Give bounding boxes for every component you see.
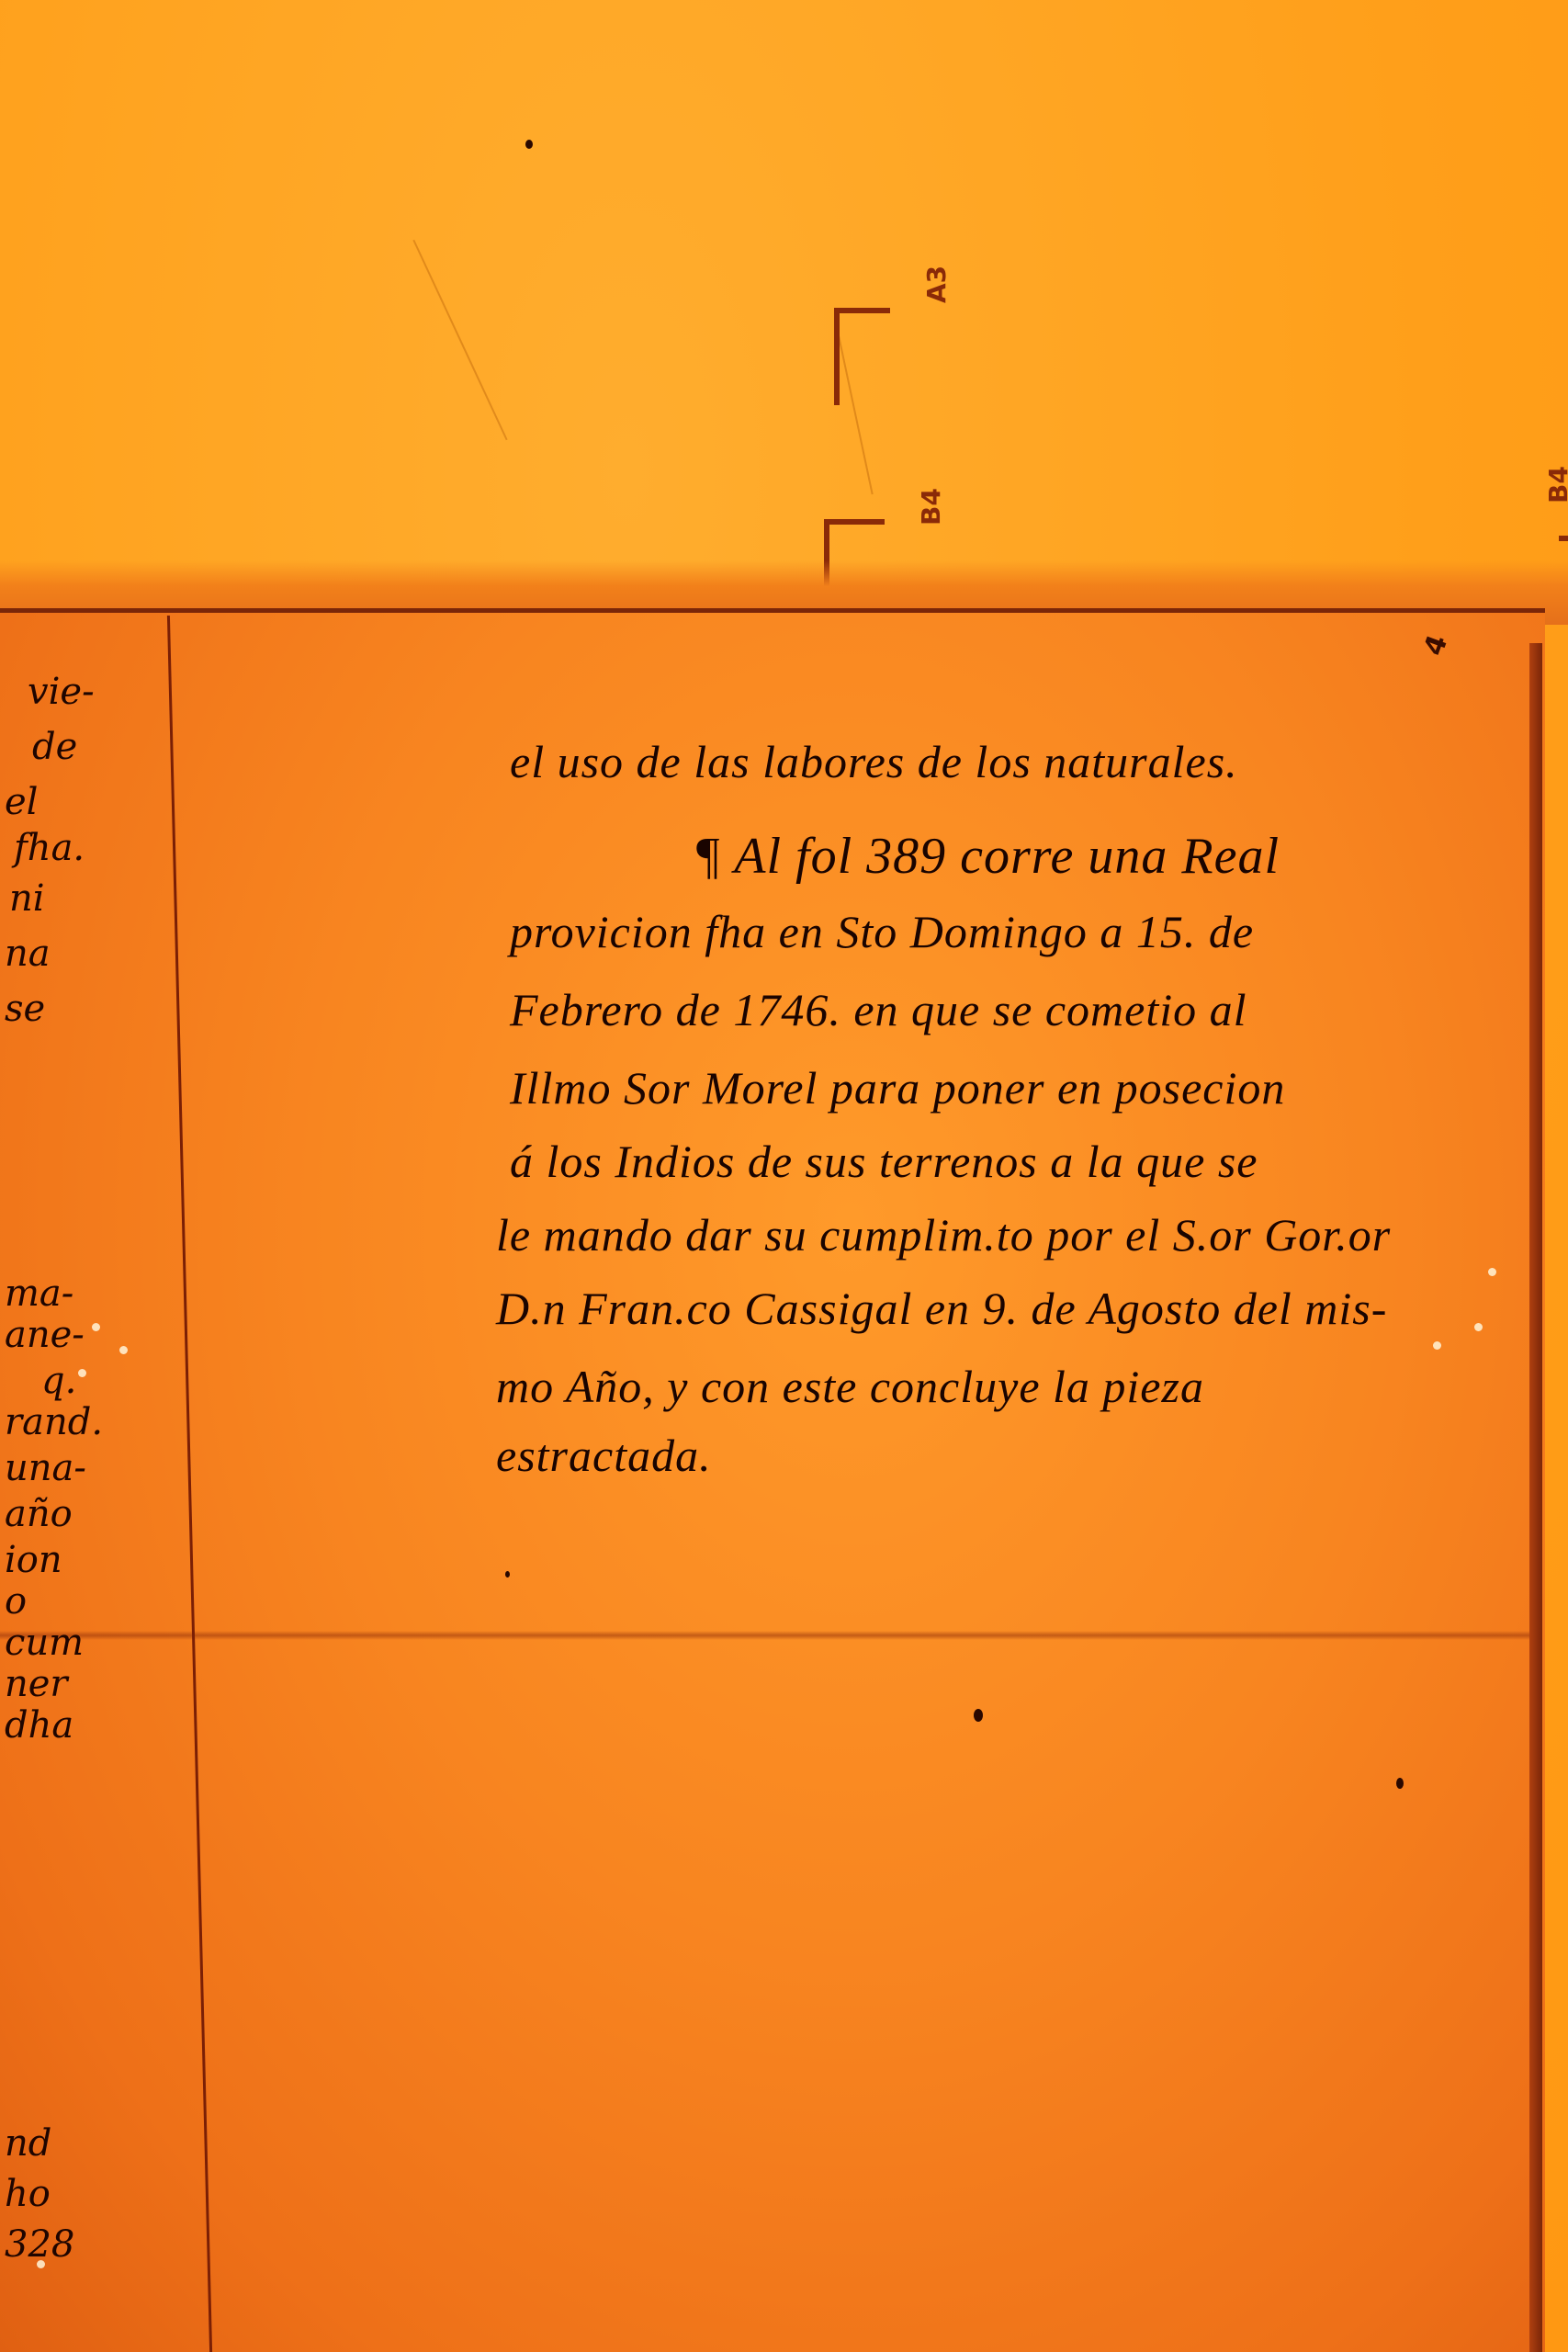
scan-highlight (119, 1346, 128, 1354)
fragment: de (32, 726, 77, 768)
right-edge-tick (1559, 536, 1568, 541)
page-right-edge (1529, 643, 1542, 2352)
fragment: dha (5, 1704, 73, 1747)
fragment: año (5, 1493, 73, 1535)
fragment: el (5, 781, 38, 823)
fragment: rand. (5, 1401, 103, 1443)
marker-label-b4-right: B4 (1543, 466, 1568, 503)
page-fold-line (0, 1631, 1529, 1640)
fragment: na (5, 933, 51, 975)
left-column-fragments: vie- de el fha. ni na se ma- ane- q. ran… (0, 643, 184, 2352)
fragment: vie- (28, 671, 95, 713)
text-line-2: ¶ Al fol 389 corre una Real (694, 827, 1280, 886)
text-line-4: Febrero de 1746. en que se cometio al (510, 983, 1247, 1036)
text-line-5: Illmo Sor Morel para poner en posecion (510, 1061, 1285, 1114)
fragment: cum (5, 1622, 84, 1664)
ink-speck (505, 1571, 510, 1577)
ink-speck (1396, 1778, 1404, 1789)
ink-speck (974, 1709, 983, 1722)
fragment: ma- (5, 1272, 73, 1315)
ink-speck (525, 140, 533, 149)
scan-highlight (1488, 1268, 1496, 1276)
text-line-1: el uso de las labores de los naturales. (510, 735, 1238, 788)
scan-highlight (1474, 1323, 1483, 1331)
fragment: q. (41, 1360, 76, 1402)
fragment: se (5, 988, 45, 1030)
scan-highlight (78, 1369, 86, 1377)
scan-highlight (92, 1323, 100, 1331)
scan-highlight (1433, 1341, 1441, 1350)
marker-label-b4: B4 (916, 488, 946, 526)
fragment: ane- (5, 1314, 85, 1356)
fragment: ner (5, 1663, 68, 1705)
fragment: o (5, 1580, 27, 1623)
fragment: nd (5, 2122, 51, 2165)
registration-bracket-a3 (834, 308, 890, 405)
text-line-9: mo Año, y con este concluye la pieza (496, 1360, 1204, 1413)
text-line-6: á los Indios de sus terrenos a la que se (510, 1135, 1258, 1188)
fragment: ni (9, 877, 45, 920)
fragment: fha. (14, 827, 85, 869)
text-line-10: estractada. (496, 1429, 712, 1482)
text-line-7: le mando dar su cumplim.to por el S.or G… (496, 1208, 1391, 1261)
fragment: ho (5, 2173, 51, 2215)
fragment: una- (5, 1447, 86, 1489)
text-line-3: provicion fha en Sto Domingo a 15. de (510, 905, 1254, 958)
fragment: ion (5, 1539, 62, 1581)
scan-highlight (37, 2260, 45, 2268)
text-line-8: D.n Fran.co Cassigal en 9. de Agosto del… (496, 1282, 1387, 1335)
marker-label-a3: A3 (921, 266, 952, 303)
